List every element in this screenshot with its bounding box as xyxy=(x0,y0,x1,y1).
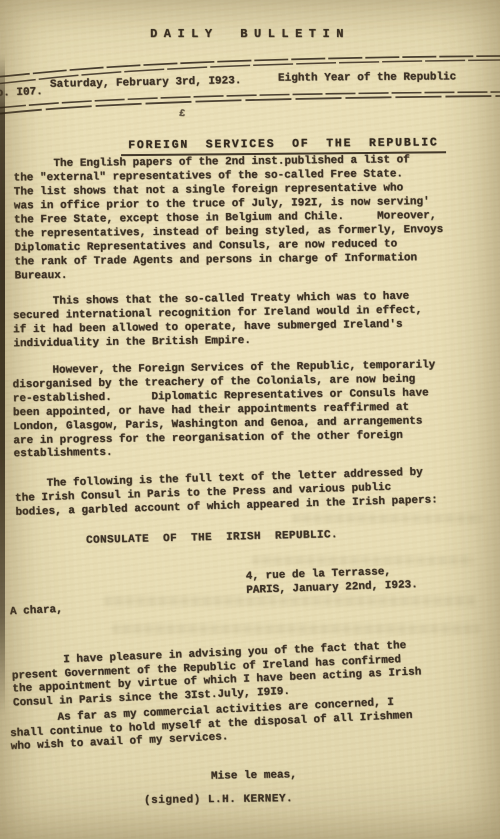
republic-year-label: Eighth Year of the Republic xyxy=(278,70,456,85)
article-paragraph-2: This shows that the so-called Treaty whi… xyxy=(13,289,476,351)
consulate-heading: CONSULATE OF THE IRISH REPUBLIC. xyxy=(86,528,338,548)
article-paragraph-1: The English papers of the 2nd inst.publi… xyxy=(13,153,476,284)
scanned-bulletin-page: DAILY BULLETIN No. I07. Saturday, Februa… xyxy=(0,0,500,839)
letter-signature: (signed) L.H. KERNEY. xyxy=(144,792,293,808)
stray-typewriter-mark: £ xyxy=(178,108,185,123)
bleed-through-smudge xyxy=(112,624,480,634)
letter-salutation: A chara, xyxy=(10,603,63,619)
header-rule-bottom-upper xyxy=(0,92,500,108)
header-rule-bottom-lower xyxy=(0,96,500,114)
issue-number: No. I07. xyxy=(0,85,43,101)
bleed-through-smudge xyxy=(292,514,482,523)
article-paragraph-3: However, the Foreign Services of the Rep… xyxy=(12,359,475,463)
article-paragraph-4: The following is the full text of the le… xyxy=(14,464,477,520)
letter-address: 4, rue de la Terrasse, PARIS, January 22… xyxy=(246,565,418,598)
bleed-through-smudge xyxy=(104,596,476,606)
masthead-title: DAILY BULLETIN xyxy=(0,27,500,41)
issue-date: Saturday, February 3rd, I923. xyxy=(50,74,242,92)
letter-signoff: Mise le meas, xyxy=(211,768,297,783)
bleed-through-smudge xyxy=(252,556,474,565)
